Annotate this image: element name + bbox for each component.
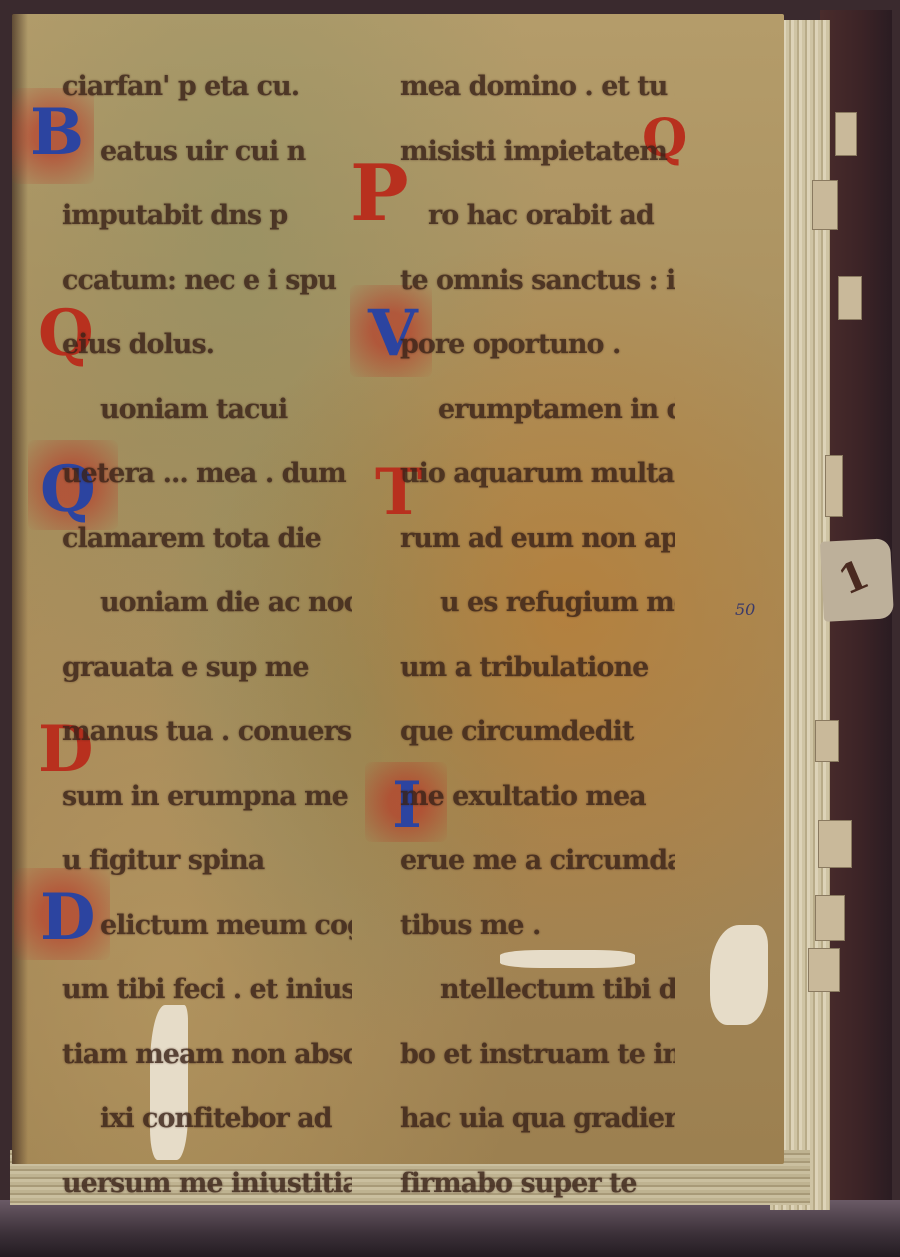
text-line: sum in erumpna me . d — [62, 765, 352, 830]
page-tab — [835, 112, 857, 156]
text-line: que circumdedit — [400, 700, 675, 765]
text-line: me exultatio mea — [400, 765, 675, 830]
text-line: mea domino . et tu re — [400, 55, 675, 120]
page-gutter-shadow — [12, 14, 28, 1164]
text-line: eatus uir cui n — [62, 120, 352, 185]
text-line: uio aquarum multa — [400, 442, 675, 507]
text-column-left: ciarfan' p eta cu. eatus uir cui n imput… — [62, 55, 352, 1216]
text-line: rum ad eum non approxima — [400, 507, 675, 572]
text-line: um tibi feci . et iniusti — [62, 958, 352, 1023]
text-line: u es refugium me — [400, 571, 675, 636]
text-line: erue me a circumdan — [400, 829, 675, 894]
text-line: uetera ... mea . dum — [62, 442, 352, 507]
text-line: eius dolus. — [62, 313, 352, 378]
text-line: te omnis sanctus : in tem — [400, 249, 675, 314]
page-tab — [815, 720, 839, 762]
text-line: clamarem tota die — [62, 507, 352, 572]
text-line: ccatum: nec e i spu — [62, 249, 352, 314]
marginal-annotation: 50 — [735, 600, 755, 619]
text-line: hac uia qua gradieris — [400, 1087, 675, 1152]
text-line: erumptamen in dilu — [400, 378, 675, 443]
page-tab — [818, 820, 852, 868]
text-line: uoniam die ac nocte — [62, 571, 352, 636]
text-line: ixi confitebor ad — [62, 1087, 352, 1152]
text-line: manus tua . conuers — [62, 700, 352, 765]
text-line: tiam meam non abscondi — [62, 1023, 352, 1088]
page-tab — [815, 895, 845, 941]
text-line: misisti impietatem pecca — [400, 120, 675, 185]
text-line: ro hac orabit ad — [400, 184, 675, 249]
parchment-loss — [710, 925, 768, 1025]
page-tab — [808, 948, 840, 992]
page-tab — [825, 455, 843, 517]
text-column-right: mea domino . et tu re misisti impietatem… — [400, 55, 675, 1216]
tab-number: 1 — [832, 551, 876, 605]
text-line: uersum me iniustitia — [62, 1152, 352, 1217]
numbered-page-tab: 1 — [820, 538, 894, 622]
text-line: elictum meum cognit — [62, 894, 352, 959]
text-line: firmabo super te — [400, 1152, 675, 1217]
text-line: u figitur spina — [62, 829, 352, 894]
text-line: ntellectum tibi da — [400, 958, 675, 1023]
page-tab — [838, 276, 862, 320]
text-line: imputabit dns p — [62, 184, 352, 249]
text-line: ciarfan' p eta cu. — [62, 55, 352, 120]
text-line: um a tribulatione — [400, 636, 675, 701]
page-tab — [812, 180, 838, 230]
text-line: pore oportuno . — [400, 313, 675, 378]
text-line: bo et instruam te in — [400, 1023, 675, 1088]
text-line: grauata e sup me — [62, 636, 352, 701]
text-line: tibus me . — [400, 894, 675, 959]
text-line: uoniam tacui — [62, 378, 352, 443]
